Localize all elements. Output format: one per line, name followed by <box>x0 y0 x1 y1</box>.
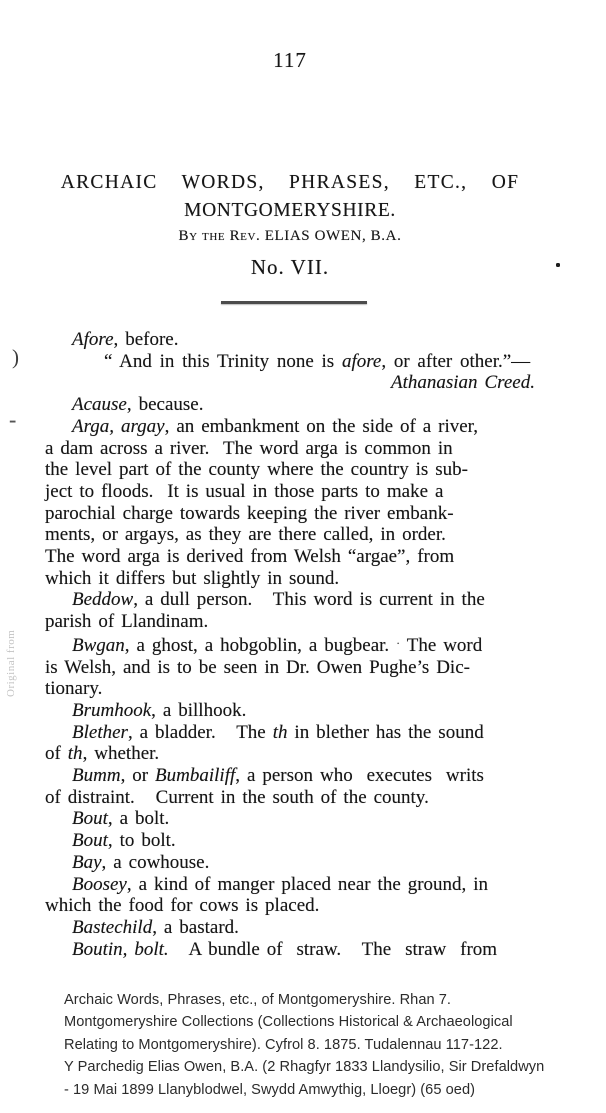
article-title-line1: ARCHAIC WORDS, PHRASES, ETC., OF <box>45 169 535 197</box>
body-line: “ And in this Trinity none is afore, or … <box>45 351 537 373</box>
body-line-segment: of <box>45 743 68 764</box>
body-line-segment: ments, or argays, as they are there call… <box>45 524 446 545</box>
body-line-segment: , or after other.”— <box>381 351 530 372</box>
footer-line: Relating to Montgomeryshire). Cyfrol 8. … <box>64 1034 564 1056</box>
body-line-segment: Bastechild <box>72 917 152 938</box>
byline-prefix: By the Rev. <box>179 228 261 244</box>
body-line: parochial charge towards keeping the riv… <box>45 503 537 525</box>
body-line: Blether, a bladder. The th in blether ha… <box>45 722 537 744</box>
body-line-segment: which it differs but slightly in sound. <box>45 568 339 589</box>
body-line-segment: which the food for cows is placed. <box>45 895 319 916</box>
footer-line: - 19 Mai 1899 Llanyblodwel, Swydd Amwyth… <box>64 1079 564 1101</box>
body-line-segment: , a billhook. <box>151 700 246 721</box>
body-line-segment: , an embankment on the side of a river, <box>165 416 478 437</box>
body-line-segment: Acause <box>72 394 127 415</box>
body-line-segment: of distraint. Current in the south of th… <box>45 787 429 808</box>
body-line: The word arga is derived from Welsh “arg… <box>45 546 537 568</box>
body-line-segment: The word <box>400 635 482 656</box>
body-line: Boosey, a kind of manger placed near the… <box>45 874 537 896</box>
body-line-segment: , before. <box>114 329 179 350</box>
body-line-segment: A bundle of straw. The straw from <box>169 939 497 960</box>
body-line-segment: , a kind of manger placed near the groun… <box>127 874 488 895</box>
body-line: of th, whether. <box>45 743 537 765</box>
page-number: 117 <box>45 48 535 73</box>
body-line-segment: , or <box>121 765 155 786</box>
body-line: Bay, a cowhouse. <box>45 852 537 874</box>
body-line-segment: Beddow <box>72 589 133 610</box>
body-line-segment: “ And in this Trinity none is <box>104 351 342 372</box>
body-line-segment: Bwgan <box>72 635 125 656</box>
body-line-segment: afore <box>342 351 381 372</box>
body-line-segment: , a cowhouse. <box>102 852 210 873</box>
body-line-segment: is Welsh, and is to be seen in Dr. Owen … <box>45 657 470 678</box>
body-line-segment: , a person who executes writs <box>235 765 484 786</box>
body-line: which it differs but slightly in sound. <box>45 568 537 590</box>
body-line: Bout, a bolt. <box>45 808 537 830</box>
body-line-segment: , a bastard. <box>152 917 239 938</box>
footer-line: Montgomeryshire Collections (Collections… <box>64 1011 564 1033</box>
body-line-segment: , whether. <box>83 743 160 764</box>
body-line-segment: Brumhook <box>72 700 151 721</box>
body-line: which the food for cows is placed. <box>45 895 537 917</box>
body-line-segment: Boutin, bolt. <box>72 939 169 960</box>
article-title-line2: MONTGOMERYSHIRE. <box>45 197 535 225</box>
body-line-segment: , a bolt. <box>108 808 169 829</box>
body-line-segment: , a dull person. This word is current in… <box>133 589 485 610</box>
body-line: Arga, argay, an embankment on the side o… <box>45 416 537 438</box>
body-line: Brumhook, a billhook. <box>45 700 537 722</box>
body-line: tionary. <box>45 678 537 700</box>
body-line-segment: tionary. <box>45 678 102 699</box>
byline-author: ELIAS OWEN, B.A. <box>260 228 401 244</box>
body-line-segment: , a ghost, a hobgoblin, a bugbear. <box>125 635 396 656</box>
body-line: is Welsh, and is to be seen in Dr. Owen … <box>45 657 537 679</box>
scan-speck-dot <box>556 263 560 267</box>
body-line: Boutin, bolt. A bundle of straw. The str… <box>45 939 537 961</box>
body-line-segment: parochial charge towards keeping the riv… <box>45 503 454 524</box>
body-line: parish of Llandinam. <box>45 611 537 633</box>
body-line: Bwgan, a ghost, a hobgoblin, a bugbear. … <box>45 633 537 657</box>
body-line: Athanasian Creed. <box>45 372 537 394</box>
margin-dash-mark: - <box>9 407 16 433</box>
body-line: Acause, because. <box>45 394 537 416</box>
footer-line: Archaic Words, Phrases, etc., of Montgom… <box>64 989 564 1011</box>
body-line-segment: Bumm <box>72 765 121 786</box>
body-line-segment: Arga, argay <box>72 416 165 437</box>
body-line-segment: , because. <box>127 394 204 415</box>
body-line-segment: ject to floods. It is usual in those par… <box>45 481 443 502</box>
article-title: ARCHAIC WORDS, PHRASES, ETC., OF MONTGOM… <box>45 169 535 225</box>
body-line-segment: , to bolt. <box>108 830 176 851</box>
margin-paren-mark: ) <box>12 345 19 370</box>
footer-caption: Archaic Words, Phrases, etc., of Montgom… <box>64 989 564 1101</box>
body-line: ject to floods. It is usual in those par… <box>45 481 537 503</box>
body-line-segment: Blether <box>72 722 128 743</box>
body-line-segment: Bay <box>72 852 102 873</box>
body-line-segment: Afore <box>72 329 114 350</box>
body-line-segment: Athanasian Creed. <box>391 372 535 393</box>
body-line-segment: parish of Llandinam. <box>45 611 208 632</box>
issue-number: No. VII. <box>45 255 535 280</box>
body-line-segment: The word arga is derived from Welsh “arg… <box>45 546 454 567</box>
body-line: Afore, before. <box>45 329 537 351</box>
body-line: of distraint. Current in the south of th… <box>45 787 537 809</box>
body-line-segment: th <box>273 722 288 743</box>
body-line: ments, or argays, as they are there call… <box>45 524 537 546</box>
byline: By the Rev. ELIAS OWEN, B.A. <box>45 228 535 245</box>
body-line-segment: the level part of the county where the c… <box>45 459 468 480</box>
body-line-segment: Boosey <box>72 874 127 895</box>
footer-line: Y Parchedig Elias Owen, B.A. (2 Rhagfyr … <box>64 1056 564 1078</box>
body-line-segment: th <box>68 743 83 764</box>
body-line: Bumm, or Bumbailiff, a person who execut… <box>45 765 537 787</box>
body-line-segment: , a bladder. The <box>128 722 273 743</box>
section-divider-rule <box>221 301 367 304</box>
body-line: a dam across a river. The word arga is c… <box>45 438 537 460</box>
body-line: Bastechild, a bastard. <box>45 917 537 939</box>
body-line-segment: in blether has the sound <box>287 722 483 743</box>
body-line: the level part of the county where the c… <box>45 459 537 481</box>
body-line-segment: a dam across a river. The word arga is c… <box>45 438 453 459</box>
body-line-segment: Bout <box>72 830 108 851</box>
body-line-segment: Bumbailiff <box>155 765 235 786</box>
body-line: Beddow, a dull person. This word is curr… <box>45 589 537 611</box>
body-line: Bout, to bolt. <box>45 830 537 852</box>
scan-watermark-text: Original from <box>5 597 19 697</box>
body-line-segment: Bout <box>72 808 108 829</box>
body-text: Afore, before.“ And in this Trinity none… <box>45 329 537 960</box>
